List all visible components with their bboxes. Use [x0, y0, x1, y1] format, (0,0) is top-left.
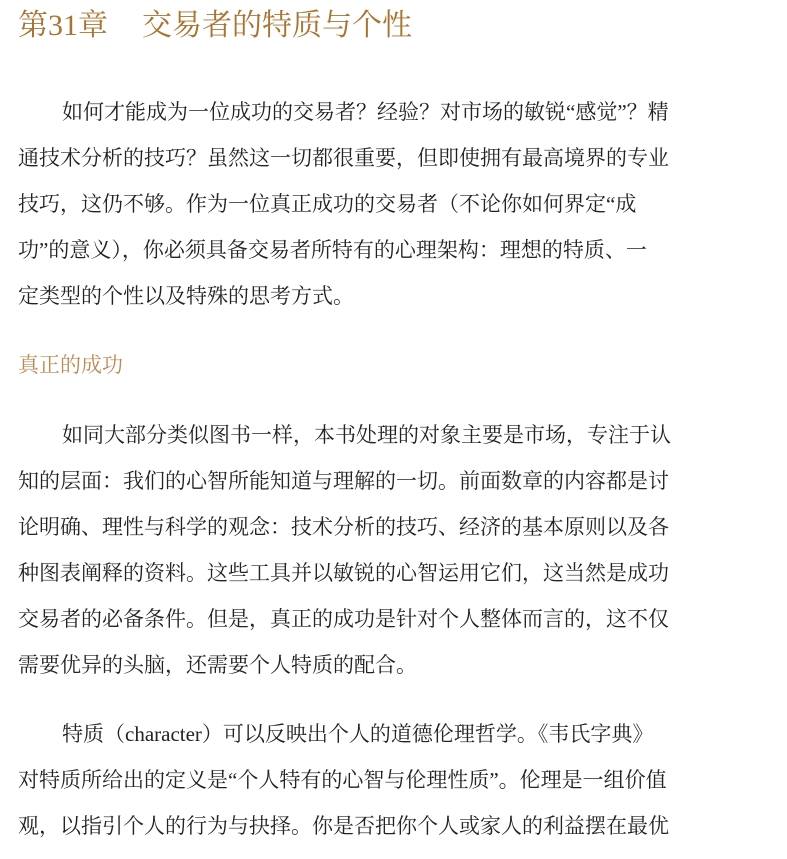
text-line: 如同大部分类似图书一样，本书处理的对象主要是市场，专注于认	[18, 412, 730, 458]
text-line: 定类型的个性以及特殊的思考方式。	[18, 273, 730, 319]
text-line: 种图表阐释的资料。这些工具并以敏锐的心智运用它们，这当然是成功	[18, 550, 730, 596]
intro-paragraph: 如何才能成为一位成功的交易者？经验？对市场的敏锐“感觉”？精 通技术分析的技巧？…	[18, 89, 730, 319]
text-line: 功”的意义），你必须具备交易者所特有的心理架构：理想的特质、一	[18, 227, 730, 273]
section-title: 真正的成功	[18, 348, 123, 382]
chapter-title: 第31章交易者的特质与个性	[18, 6, 412, 46]
text-line: 需要优异的头脑，还需要个人特质的配合。	[18, 642, 730, 688]
text-line: 如何才能成为一位成功的交易者？经验？对市场的敏锐“感觉”？精	[18, 89, 730, 135]
text-line: 知的层面：我们的心智所能知道与理解的一切。前面数章的内容都是讨	[18, 458, 730, 504]
text-line: 对特质所给出的定义是“个人特有的心智与伦理性质”。伦理是一组价值	[18, 757, 730, 803]
text-line: 交易者的必备条件。但是，真正的成功是针对个人整体而言的，这不仅	[18, 596, 730, 642]
text-line: 观，以指引个人的行为与抉择。你是否把你个人或家人的利益摆在最优	[18, 803, 730, 849]
chapter-name: 交易者的特质与个性	[142, 9, 412, 42]
text-line: 特质（character）可以反映出个人的道德伦理哲学。《韦氏字典》	[18, 711, 730, 757]
chapter-number: 第31章	[18, 9, 108, 42]
text-line: 论明确、理性与科学的观念：技术分析的技巧、经济的基本原则以及各	[18, 504, 730, 550]
text-line: 技巧，这仍不够。作为一位真正成功的交易者（不论你如何界定“成	[18, 181, 730, 227]
text-line: 通技术分析的技巧？虽然这一切都很重要，但即使拥有最高境界的专业	[18, 135, 730, 181]
section-paragraph-1: 如同大部分类似图书一样，本书处理的对象主要是市场，专注于认 知的层面：我们的心智…	[18, 412, 730, 688]
section-paragraph-2: 特质（character）可以反映出个人的道德伦理哲学。《韦氏字典》 对特质所给…	[18, 711, 730, 849]
